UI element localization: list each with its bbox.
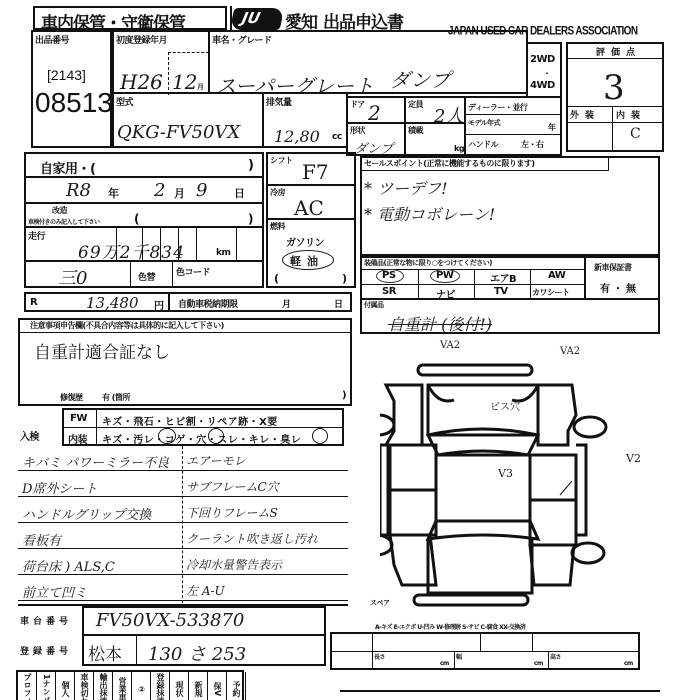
usage-box: 自家用・( ) bbox=[24, 152, 264, 178]
damage-mark-right-side: V2 bbox=[626, 452, 641, 465]
recycle-prefix: R bbox=[30, 297, 37, 308]
recycle-box: R 13,480 円 bbox=[24, 292, 170, 312]
inspection-month-unit: 月 bbox=[174, 185, 185, 201]
dealer-label[interactable]: ディーラー・並行 bbox=[468, 102, 527, 113]
note-right: クーラント吹き返し汚れ bbox=[186, 530, 318, 547]
color-value: 三0 bbox=[58, 264, 87, 290]
category-cell[interactable]: 営業車 bbox=[113, 672, 132, 700]
displacement-label: 排気量 bbox=[266, 95, 292, 108]
shift-value: F7 bbox=[302, 160, 329, 184]
registration-box: 初度登録年月 H26 12 月 bbox=[112, 30, 210, 94]
interior-options[interactable]: キズ・汚レ・コゲ・穴・スレ・キレ・臭レ bbox=[102, 431, 301, 446]
sales-point-1: * ツーデフ! bbox=[364, 176, 448, 199]
sales-point-2-text: 電動コボレーン! bbox=[377, 205, 495, 224]
measure-box: 長さ cm 幅 cm 高さ cm bbox=[330, 632, 640, 670]
registration-label: 初度登録年月 bbox=[116, 33, 167, 46]
note-rule bbox=[18, 548, 348, 549]
model-value: QKG-FV50VX bbox=[117, 122, 240, 143]
inspector-box: FW キズ・飛石・ヒビ割・リペア跡・X要 内装 キズ・汚レ・コゲ・穴・スレ・キレ… bbox=[62, 408, 344, 446]
warranty-label: 新車保証書 bbox=[594, 262, 632, 273]
score-divider-2 bbox=[568, 106, 662, 107]
score-label: 評価点 bbox=[596, 45, 641, 58]
vehicle-name-box: 車名・グレード スーパーグレート ダンプ bbox=[208, 30, 528, 94]
lot-label: 出品番号 bbox=[35, 33, 69, 46]
plate-label: 登録番号 bbox=[20, 644, 72, 657]
tax-day-unit: 日 bbox=[334, 297, 343, 310]
handle-label: ハンドル bbox=[468, 139, 498, 150]
notes-header: 注意事項申告欄(不具合内容等は具体的に記入して下さい) bbox=[20, 320, 350, 333]
category-cell[interactable]: プロフィー bbox=[18, 672, 37, 700]
category-cell[interactable]: 車検切れ bbox=[75, 672, 94, 700]
interior-odor-circle bbox=[312, 428, 328, 444]
vehicle-name-label: 車名・グレード bbox=[212, 33, 272, 46]
bottom-category-table: プロフィー1ナンバー個人車検切れ輸出抹消営業車②登録抹消現状新規保V予約 bbox=[16, 670, 244, 700]
sales-point-2: * 電動コボレーン! bbox=[364, 202, 495, 225]
dealer-box: ディーラー・並行 モデル年式 年 ハンドル 左・右 bbox=[464, 96, 562, 156]
mileage-div-5 bbox=[196, 228, 197, 260]
ju-logo-text: JU bbox=[240, 9, 262, 27]
handle-options[interactable]: 左・右 bbox=[521, 139, 544, 150]
displacement-box: 排気量 12,80 cc bbox=[262, 92, 348, 148]
color-change-label: 色替 bbox=[138, 270, 155, 283]
shape-value: ダンプ bbox=[354, 138, 393, 157]
note-right: 下回りフレームS bbox=[186, 504, 278, 521]
accessories-box: 付属品 自重計 (後付!) bbox=[360, 298, 660, 334]
plate-divider bbox=[136, 636, 137, 664]
notes-center-divider bbox=[182, 446, 183, 608]
shift-label: シフト bbox=[270, 155, 293, 166]
warranty-box: 新車保証書 有・無 bbox=[584, 256, 660, 300]
vehicle-body: ダンプ bbox=[390, 64, 450, 93]
shape-box: 形状 ダンプ bbox=[346, 122, 406, 156]
chassis-label: 車台番号 bbox=[20, 614, 72, 627]
category-cell[interactable]: 現状 bbox=[170, 672, 189, 700]
exterior-label: 外装 bbox=[570, 108, 600, 121]
month-unit: 月 bbox=[197, 82, 204, 92]
note-left: D席外シート bbox=[22, 478, 97, 497]
lot-sub-number: [2143] bbox=[47, 67, 86, 83]
equip-line-2 bbox=[362, 284, 584, 285]
note-left: 看板有 bbox=[22, 530, 61, 549]
score-divider bbox=[568, 58, 662, 59]
notes-box: 注意事項申告欄(不具合内容等は具体的に記入して下さい) 自重計適合証なし 修復歴… bbox=[18, 318, 352, 406]
sales-point-1-text: ツーデフ! bbox=[377, 179, 447, 198]
height-unit: cm bbox=[624, 660, 633, 667]
drive-2wd[interactable]: 2WD bbox=[530, 54, 555, 65]
ju-logo: JU bbox=[230, 8, 285, 30]
fw-options[interactable]: キズ・飛石・ヒビ割・リペア跡・X要 bbox=[102, 413, 278, 428]
modification-note: 車検付きのみ記入して下さい bbox=[28, 217, 100, 226]
equipment-box: 装備品(正常な物に限り○をつけてください) PS PW エアB AW SR ナビ… bbox=[360, 256, 586, 300]
category-cell[interactable]: 登録抹消 bbox=[151, 672, 170, 700]
mileage-div-6 bbox=[236, 228, 237, 260]
category-cell[interactable]: 輸出抹消 bbox=[94, 672, 113, 700]
color-box: 三0 色替 色コード bbox=[24, 260, 264, 288]
sales-points-label: セールスポイント(正常に機能するものに限ります) bbox=[364, 158, 535, 169]
model-box: 型式 QKG-FV50VX bbox=[112, 92, 264, 148]
equip-airbag[interactable]: エアB bbox=[490, 270, 516, 285]
capacity-label: 定員 bbox=[408, 99, 423, 110]
equipment-label: 装備品(正常な物に限り○をつけてください) bbox=[364, 258, 492, 268]
tax-month-unit: 月 bbox=[282, 297, 291, 310]
repair-history-label: 修復歴 bbox=[60, 392, 83, 403]
length-unit: cm bbox=[440, 660, 449, 667]
drive-4wd[interactable]: 4WD bbox=[530, 80, 555, 91]
length-label: 長さ bbox=[374, 652, 385, 661]
storage-label-box: 車内保管・守衛保管 bbox=[33, 6, 227, 30]
shape-label: 形状 bbox=[350, 125, 365, 136]
width-label: 幅 bbox=[456, 652, 462, 661]
load-label: 積載 bbox=[408, 125, 423, 136]
sales-points-box: セールスポイント(正常に機能するものに限ります) * ツーデフ! * 電動コボレ… bbox=[360, 156, 660, 256]
displacement-value: 12,80 bbox=[274, 127, 320, 146]
spare-tire-label: スペア bbox=[370, 598, 390, 608]
inspection-day: 9 bbox=[196, 180, 207, 201]
damage-mark-front-bumper-right: VA2 bbox=[560, 346, 580, 357]
plate-value: 130 さ 253 bbox=[148, 640, 246, 666]
chassis-value: FV50VX-533870 bbox=[96, 610, 244, 631]
mileage-label: 走行 bbox=[28, 229, 45, 242]
interior-inspect-label: 内装 bbox=[68, 431, 87, 446]
interior-label: 内装 bbox=[616, 108, 646, 121]
registration-month: 12 bbox=[172, 70, 197, 94]
interior-score: C bbox=[630, 126, 641, 142]
equip-v-1 bbox=[418, 269, 419, 299]
tax-label: 自動車税納期限 bbox=[178, 297, 238, 310]
inspection-year-unit: 年 bbox=[108, 185, 119, 201]
overall-score: 3 bbox=[603, 68, 625, 108]
note-right: エアーモレ bbox=[186, 452, 246, 469]
dealer-divider-2 bbox=[466, 134, 560, 135]
repair-history-value: 有 (箇所 bbox=[102, 392, 130, 403]
recycle-amount: 13,480 bbox=[86, 294, 139, 312]
doors-box: ドア 2 bbox=[346, 96, 406, 124]
color-code-label: 色コード bbox=[176, 265, 210, 278]
equip-tv[interactable]: TV bbox=[494, 286, 508, 297]
height-label: 高さ bbox=[550, 652, 561, 661]
equip-kawa-seat[interactable]: カワシート bbox=[532, 287, 570, 298]
damage-mark-hood: ビス穴 bbox=[490, 398, 520, 413]
damage-mark-front-bumper-left: VA2 bbox=[440, 340, 460, 351]
fuel-paren-open: ( bbox=[274, 272, 279, 285]
category-cell[interactable]: 予約 bbox=[227, 672, 246, 700]
interior-stain-circle bbox=[158, 428, 176, 444]
drive-dot: ・ bbox=[543, 68, 551, 79]
load-unit: kg bbox=[454, 144, 464, 153]
category-cell[interactable]: 保V bbox=[208, 672, 227, 700]
displacement-unit: cc bbox=[332, 132, 342, 142]
equip-v-3 bbox=[530, 269, 531, 299]
notes-label: 注意事項申告欄(不具合内容等は具体的に記入して下さい) bbox=[30, 320, 224, 331]
ac-box: 冷房 AC bbox=[266, 184, 356, 220]
tax-box: 自動車税納期限 月 日 bbox=[168, 292, 352, 312]
note-left: 荷台床 ) ALS,C bbox=[22, 556, 115, 575]
modification-label: 改造 bbox=[52, 205, 67, 216]
car-diagram bbox=[380, 345, 640, 615]
dealer-divider bbox=[466, 114, 560, 115]
equip-aw[interactable]: AW bbox=[548, 270, 565, 281]
drive-box: 2WD ・ 4WD bbox=[526, 42, 562, 98]
modification-open: ( bbox=[134, 212, 139, 226]
load-box: 積載 kg bbox=[404, 122, 466, 156]
shift-box: シフト F7 bbox=[266, 152, 356, 186]
sales-points-header: セールスポイント(正常に機能するものに限ります) bbox=[362, 158, 609, 171]
usage-close: ) bbox=[248, 158, 253, 173]
measure-v-2 bbox=[480, 634, 481, 651]
model-year-label: モデル年式 bbox=[468, 118, 500, 128]
score-divider-3 bbox=[568, 122, 662, 123]
note-right: サブフレームC穴 bbox=[186, 478, 279, 495]
category-cell[interactable]: ② bbox=[132, 672, 151, 700]
fw-label: FW bbox=[70, 413, 87, 424]
plate-region: 松本 bbox=[88, 640, 122, 665]
width-unit: cm bbox=[534, 660, 543, 667]
bottom-right-line bbox=[340, 690, 660, 692]
chassis-box: FV50VX-533870 bbox=[82, 606, 326, 636]
notes-text: 自重計適合証なし bbox=[34, 338, 170, 363]
category-cell[interactable]: 1ナンバー bbox=[37, 672, 56, 700]
warranty-options[interactable]: 有・無 bbox=[600, 280, 639, 295]
inspection-era: R8 bbox=[66, 180, 91, 201]
category-cell[interactable]: 個人 bbox=[56, 672, 75, 700]
note-left: 前立て凹ミ bbox=[22, 582, 87, 601]
color-div-2 bbox=[172, 262, 173, 286]
measure-v-1 bbox=[372, 634, 373, 668]
score-vdivider bbox=[612, 106, 613, 152]
fuel-box: 燃料 ガソリン 軽油 ( ) bbox=[266, 218, 356, 288]
plate-box: 松本 130 さ 253 bbox=[82, 634, 326, 666]
note-right: 左 A-U bbox=[186, 582, 225, 599]
mileage-unit: km bbox=[216, 248, 230, 258]
score-box: 評価点 3 外装 内装 C bbox=[566, 42, 664, 152]
inspection-day-unit: 日 bbox=[234, 185, 245, 201]
model-year-unit: 年 bbox=[548, 122, 556, 133]
equip-ps-circle bbox=[376, 269, 404, 283]
accessories-value: 自重計 (後付!) bbox=[388, 312, 492, 335]
equip-v-2 bbox=[474, 269, 475, 299]
ac-value: AC bbox=[294, 196, 324, 220]
note-left: ハンドルグリップ交換 bbox=[22, 504, 151, 523]
equip-pw-circle bbox=[430, 269, 460, 283]
fuel-paren-close: ) bbox=[342, 272, 347, 285]
accessories-label: 付属品 bbox=[364, 300, 384, 310]
measure-v-5 bbox=[548, 651, 549, 668]
fuel-label: 燃料 bbox=[270, 221, 285, 232]
damage-mark-roof: V3 bbox=[498, 467, 513, 480]
inspector-side-label: 入検 bbox=[20, 428, 39, 443]
fuel-diesel[interactable]: 軽油 bbox=[290, 253, 324, 269]
fuel-gasoline[interactable]: ガソリン bbox=[286, 234, 324, 249]
recycle-unit: 円 bbox=[154, 297, 164, 312]
inspector-vline bbox=[96, 410, 97, 444]
inspection-month: 2 bbox=[154, 180, 165, 201]
interior-burn-circle bbox=[208, 428, 224, 444]
inspection-box: R8 年 2 月 9 日 bbox=[24, 176, 264, 204]
color-div-1 bbox=[130, 262, 131, 286]
repair-close: ) bbox=[342, 390, 346, 401]
measure-v-3 bbox=[532, 634, 533, 651]
note-right: 冷却水量警告表示 bbox=[186, 556, 282, 573]
doors-label: ドア bbox=[350, 99, 365, 110]
note-left: キバミ パワーミラー不良 bbox=[22, 452, 169, 471]
modification-box: 改造 車検付きのみ記入して下さい ( ) bbox=[24, 202, 264, 228]
capacity-box: 定員 2人 bbox=[404, 96, 466, 124]
usage-label: 自家用・( bbox=[40, 158, 95, 177]
ac-label: 冷房 bbox=[270, 187, 285, 198]
category-cell[interactable]: 新規 bbox=[189, 672, 208, 700]
mileage-box: 走行 69万2千834 km bbox=[24, 226, 264, 262]
registration-year: H26 bbox=[120, 70, 163, 94]
lot-number: 08513 bbox=[35, 87, 113, 119]
modification-close: ) bbox=[248, 212, 253, 226]
model-label: 型式 bbox=[116, 95, 133, 108]
lot-box: 出品番号 [2143] 08513 bbox=[31, 30, 112, 148]
equip-sr[interactable]: SR bbox=[382, 286, 396, 297]
measure-v-4 bbox=[454, 651, 455, 668]
damage-legend: A-キズ E-エクボ U-凹み W-修理跡 S-サビ C-腐食 XX-交換済 bbox=[375, 622, 525, 631]
